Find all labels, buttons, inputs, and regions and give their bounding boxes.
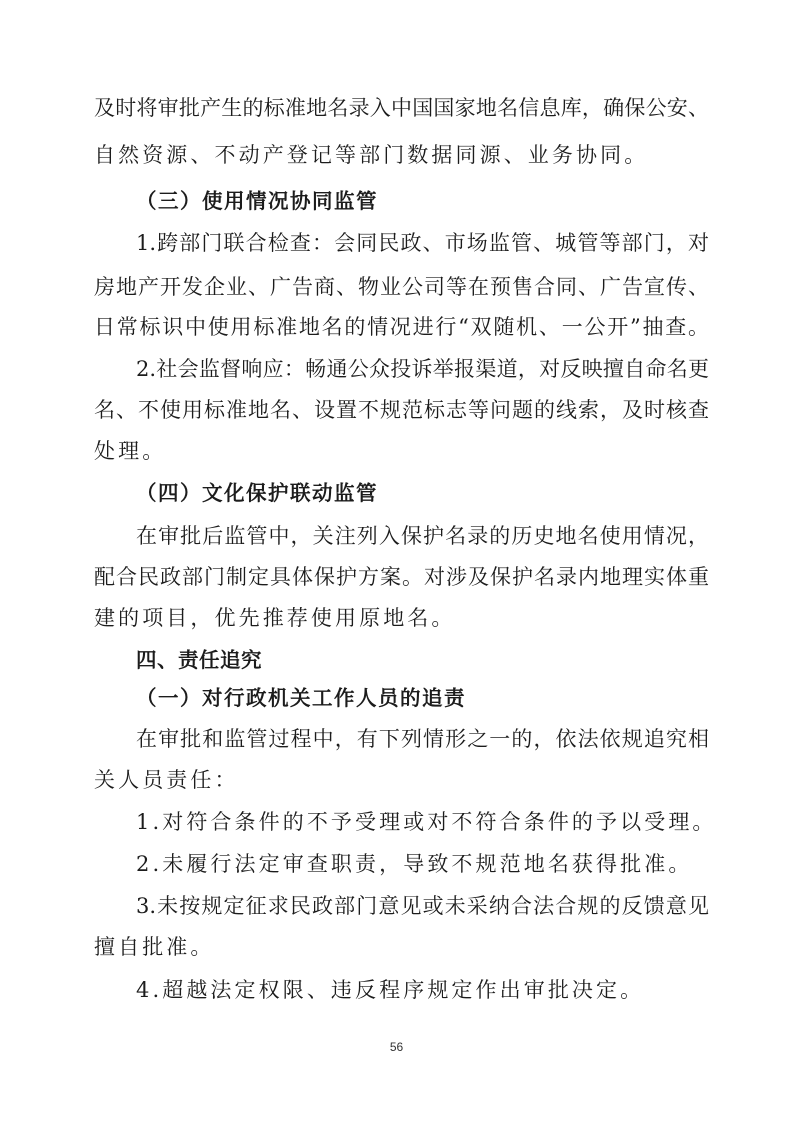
section-heading-4: 四、责任追究 (136, 646, 709, 674)
paragraph-line: 关人员责任： (94, 766, 709, 794)
paragraph-line: 自然资源、不动产登记等部门数据同源、业务协同。 (94, 141, 709, 169)
list-item-4: 4.超越法定权限、违反程序规定作出审批决定。 (136, 976, 709, 1004)
subsection-heading-3: （三）使用情况协同监管 (136, 187, 709, 215)
document-page: 及时将审批产生的标准地名录入中国国家地名信息库，确保公安、 自然资源、不动产登记… (0, 0, 793, 1122)
paragraph-line: 处理。 (94, 437, 709, 465)
list-item-2: 2.未履行法定审查职责，导致不规范地名获得批准。 (136, 850, 709, 878)
paragraph-line: 配合民政部门制定具体保护方案。对涉及保护名录内地理实体重 (94, 563, 709, 591)
paragraph-line: 建的项目，优先推荐使用原地名。 (94, 604, 709, 632)
paragraph-line: 日常标识中使用标准地名的情况进行“双随机、一公开”抽查。 (94, 313, 709, 341)
paragraph-line: 名、不使用标准地名、设置不规范标志等问题的线索，及时核查 (94, 396, 709, 424)
list-item-3-continued: 擅自批准。 (94, 933, 709, 961)
list-item-3: 3.未按规定征求民政部门意见或未采纳合法合规的反馈意见 (136, 892, 709, 920)
paragraph-line: 在审批后监管中，关注列入保护名录的历史地名使用情况， (136, 522, 709, 550)
subsection-heading-1: （一）对行政机关工作人员的追责 (136, 684, 709, 712)
page-number: 56 (0, 1040, 793, 1054)
paragraph-line: 2.社会监督响应：畅通公众投诉举报渠道，对反映擅自命名更 (136, 355, 709, 383)
paragraph-line: 房地产开发企业、广告商、物业公司等在预售合同、广告宣传、 (94, 273, 709, 301)
paragraph-line: 1.跨部门联合检查：会同民政、市场监管、城管等部门，对 (136, 229, 709, 257)
paragraph-line: 及时将审批产生的标准地名录入中国国家地名信息库，确保公安、 (94, 94, 709, 122)
paragraph-line: 在审批和监管过程中，有下列情形之一的，依法依规追究相 (136, 725, 709, 753)
list-item-1: 1.对符合条件的不予受理或对不符合条件的予以受理。 (136, 808, 709, 836)
subsection-heading-4: （四）文化保护联动监管 (136, 479, 709, 507)
